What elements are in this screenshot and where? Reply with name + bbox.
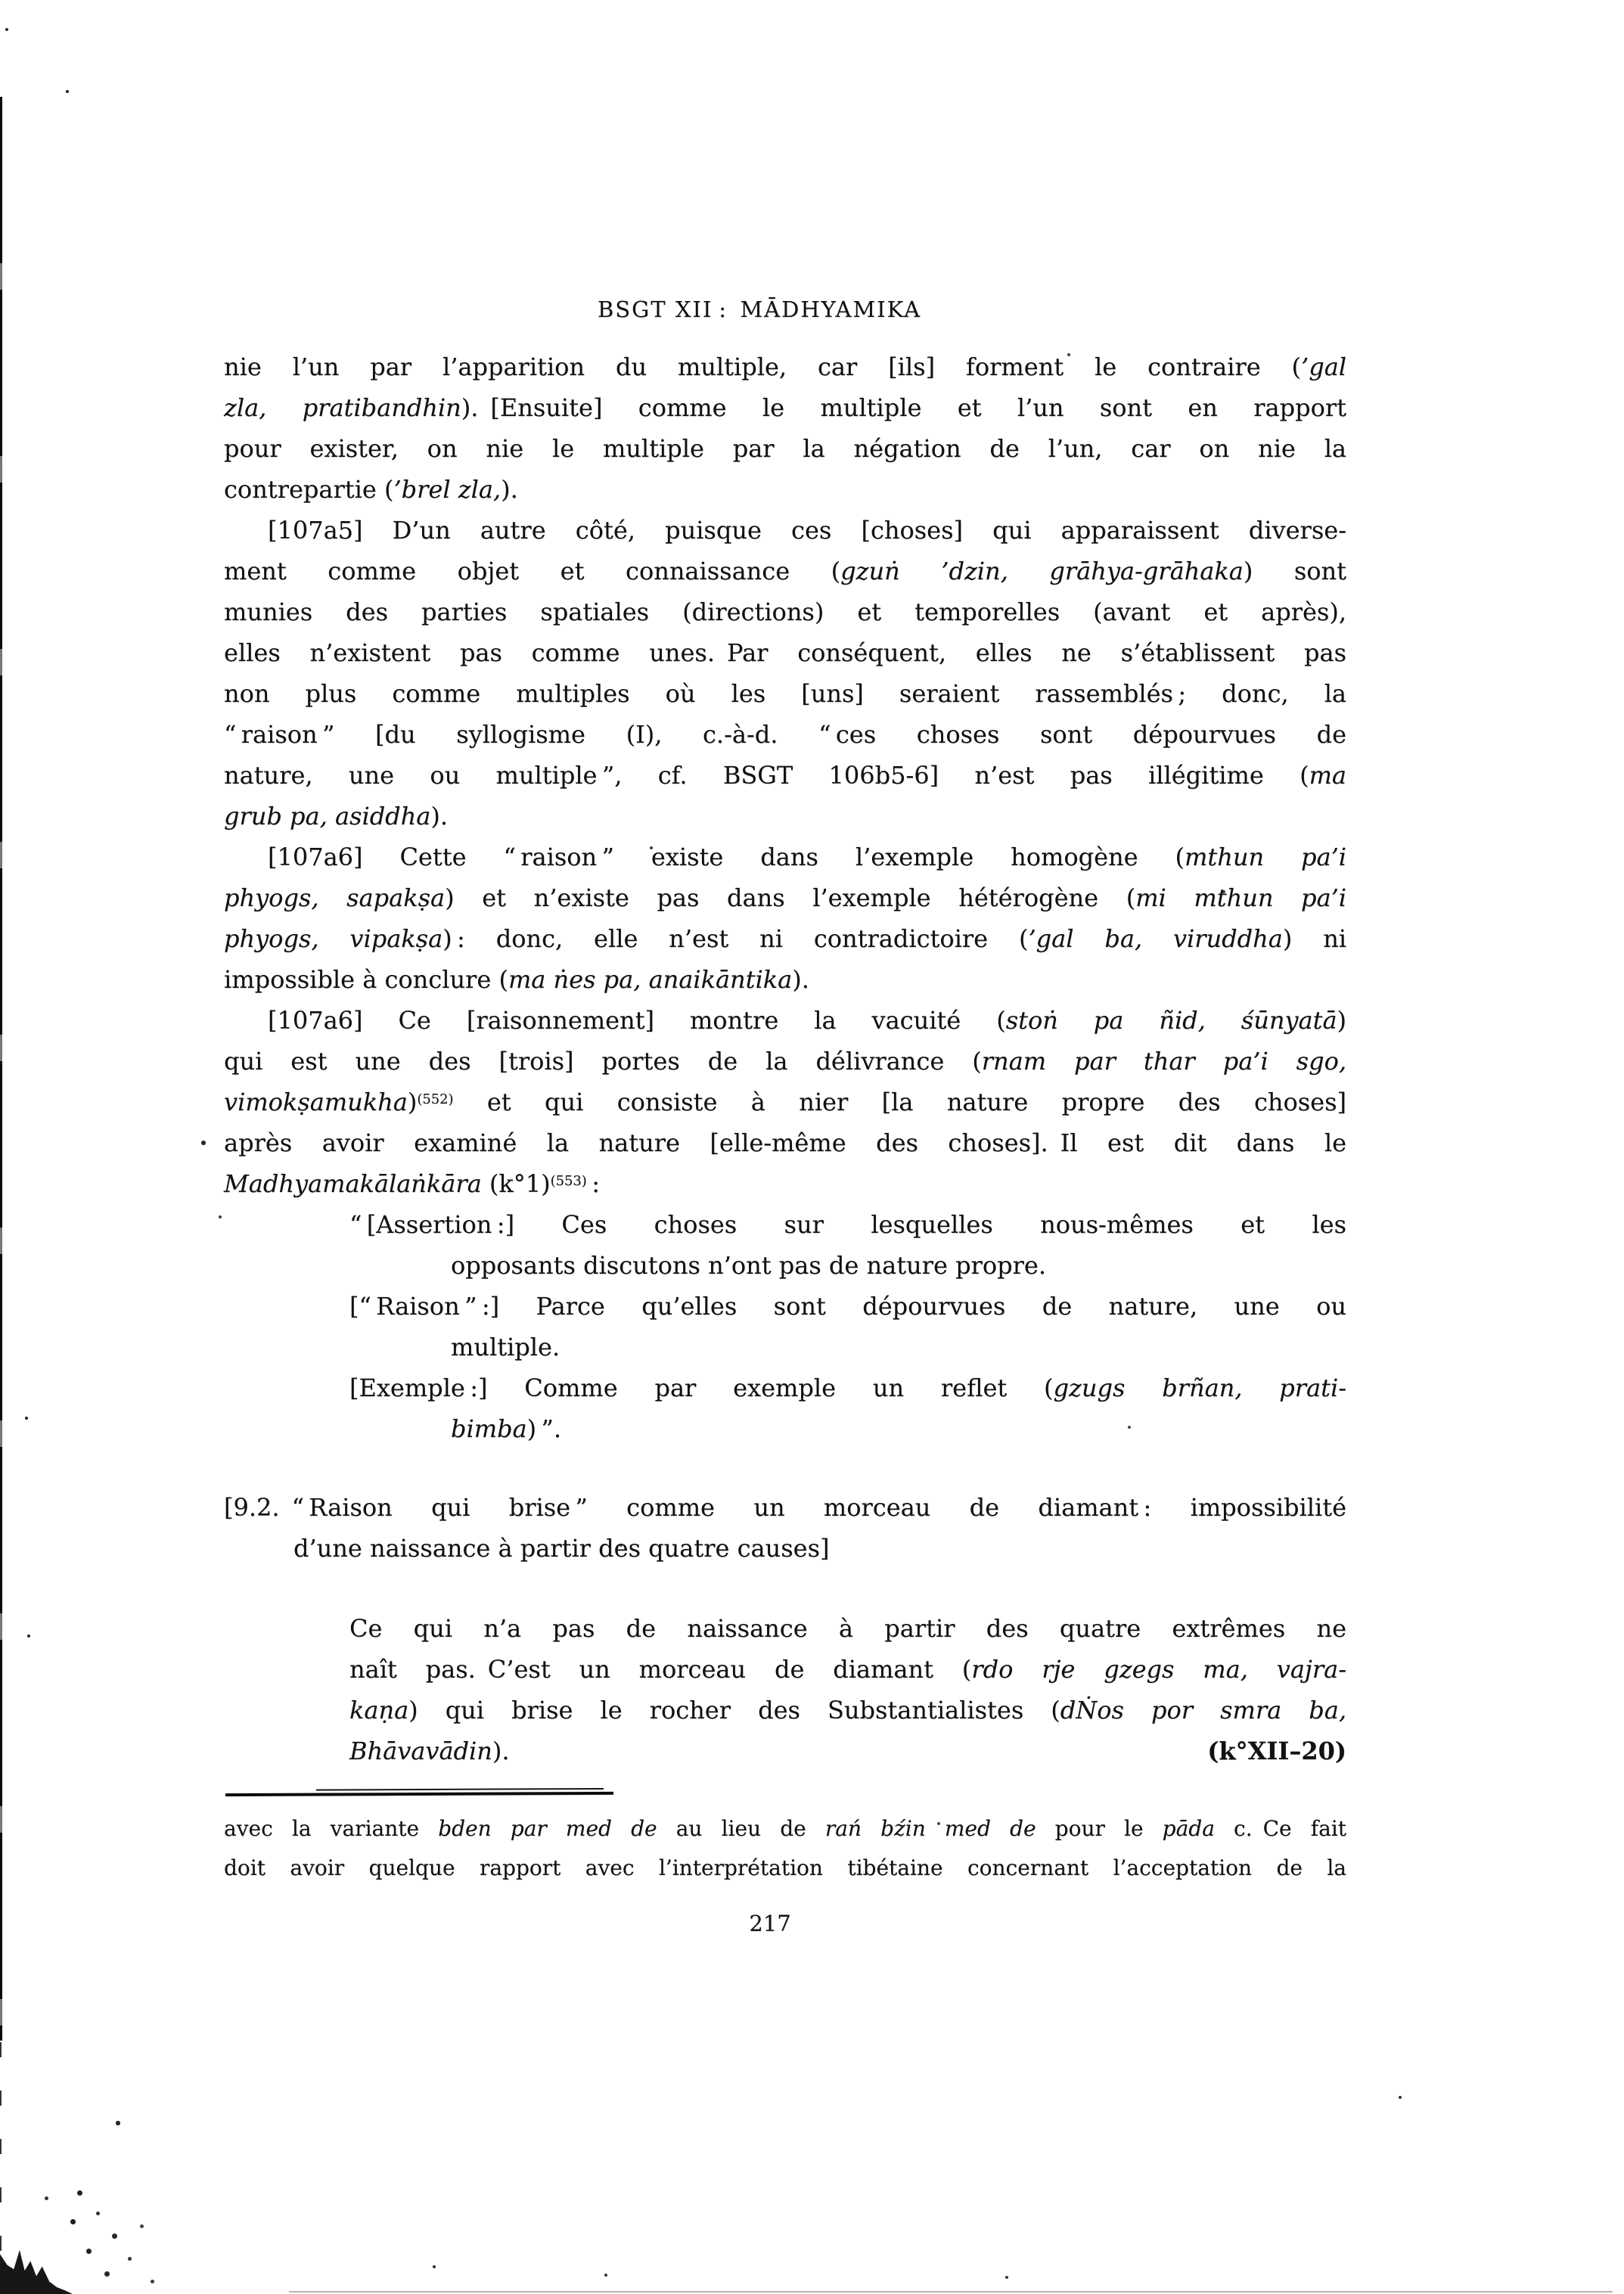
text-line: après avoir examiné la nature [elle-même… xyxy=(224,1122,1346,1163)
paragraph-107a6-vacuite: [107a6] Ce [raisonnement] montre la vacu… xyxy=(224,1000,1346,1204)
scan-artifact-left-vertical-line xyxy=(0,97,2,2041)
text-line: phyogs, vipakṣa) : donc, elle n’est ni c… xyxy=(224,918,1346,959)
text-line: vimokṣamukha)(552) et qui consiste à nie… xyxy=(224,1082,1346,1122)
text-line: ment comme objet et connaissance (gzuṅ ’… xyxy=(224,551,1346,591)
running-header: BSGT XII : MĀDHYAMIKA xyxy=(198,296,1321,322)
text-line: naît pas. C’est un morceau de diamant (r… xyxy=(349,1649,1346,1690)
text-line: munies des parties spatiales (directions… xyxy=(224,591,1346,632)
text-line: Ce qui n’a pas de naissance à partir des… xyxy=(349,1608,1346,1649)
text-block: nie l’un par l’apparition du multiple, c… xyxy=(224,346,1346,1944)
text-line: [9.2. “ Raison qui brise ” comme un morc… xyxy=(224,1487,1346,1528)
text-line: multiple. xyxy=(349,1327,1346,1367)
text-line: contrepartie (’brel zla,). xyxy=(224,469,1346,510)
text-line: grub pa, asiddha). xyxy=(224,796,1346,837)
text-line: avec la variante bden par med de au lieu… xyxy=(224,1809,1346,1849)
text-line: Madhyamakālaṅkāra (k°1)(553) : xyxy=(224,1163,1346,1204)
page-number: 217 xyxy=(209,1903,1331,1944)
text-line: [107a6] Cette “ raison ” existe dans l’e… xyxy=(224,837,1346,877)
text-line: non plus comme multiples où les [uns] se… xyxy=(224,673,1346,714)
text-line: impossible à conclure (ma ṅes pa, anaikā… xyxy=(224,959,1346,1000)
text-line: [Exemple :] Comme par exemple un reflet … xyxy=(349,1367,1346,1408)
verse-block-karika-xii-20: Ce qui n’a pas de naissance à partir des… xyxy=(349,1608,1346,1771)
quote-block-madhyamakalankara: “ [Assertion :] Ces choses sur lesquelle… xyxy=(349,1204,1346,1449)
paragraph-107a5: [107a5] D’un autre côté, puisque ces [ch… xyxy=(224,510,1346,837)
scan-artifact-left-dashed-line xyxy=(0,2042,2,2277)
text-line: opposants discutons n’ont pas de nature … xyxy=(349,1245,1346,1286)
verse-karika-reference: (k°XII–20) xyxy=(1207,1731,1346,1771)
text-line: pour exister, on nie le multiple par la … xyxy=(224,428,1346,469)
text-line: kaṇa) qui brise le rocher des Substantia… xyxy=(349,1690,1346,1731)
text-line: nie l’un par l’apparition du multiple, c… xyxy=(224,346,1346,387)
paragraph-107a6-raison: [107a6] Cette “ raison ” existe dans l’e… xyxy=(224,837,1346,1000)
text-line: qui est une des [trois] portes de la dél… xyxy=(224,1041,1346,1082)
text-line: [107a5] D’un autre côté, puisque ces [ch… xyxy=(224,510,1346,551)
footnote-separator-rule xyxy=(225,1792,613,1796)
text-line: zla, pratibandhin). [Ensuite] comme le m… xyxy=(224,387,1346,428)
verse-lines: Ce qui n’a pas de naissance à partir des… xyxy=(349,1608,1346,1731)
paragraph-continuation: nie l’un par l’apparition du multiple, c… xyxy=(224,346,1346,510)
section-heading-9-2: [9.2. “ Raison qui brise ” comme un morc… xyxy=(224,1487,1346,1569)
scan-artifact-ink-smudge xyxy=(0,2225,73,2294)
text-line: bimba) ”. xyxy=(349,1408,1346,1449)
text-line: “ [Assertion :] Ces choses sur lesquelle… xyxy=(349,1204,1346,1245)
text-line: “ raison ” [du syllogisme (I), c.-à-d. “… xyxy=(224,714,1346,755)
text-line: elles n’existent pas comme unes. Par con… xyxy=(224,632,1346,673)
text-line: [107a6] Ce [raisonnement] montre la vacu… xyxy=(224,1000,1346,1041)
verse-last-line: Bhāvavādin). (k°XII–20) xyxy=(349,1731,1346,1771)
text-line: [“ Raison ” :] Parce qu’elles sont dépou… xyxy=(349,1286,1346,1327)
scan-artifact-bottom-edge-line xyxy=(289,2291,1613,2292)
verse-last-text: Bhāvavādin). xyxy=(349,1731,510,1771)
text-line: d’une naissance à partir des quatre caus… xyxy=(224,1528,1346,1569)
text-line: phyogs, sapakṣa) et n’existe pas dans l’… xyxy=(224,877,1346,918)
text-line: nature, une ou multiple ”, cf. BSGT 106b… xyxy=(224,755,1346,796)
scanned-book-page: BSGT XII : MĀDHYAMIKA nie l’un par l’app… xyxy=(0,0,1624,2294)
footnote-continuation: avec la variante bden par med de au lieu… xyxy=(224,1809,1346,1888)
scan-artifact-specks xyxy=(0,0,2,2)
running-header-title: BSGT XII : MĀDHYAMIKA xyxy=(598,296,921,322)
text-line: doit avoir quelque rapport avec l’interp… xyxy=(224,1849,1346,1888)
